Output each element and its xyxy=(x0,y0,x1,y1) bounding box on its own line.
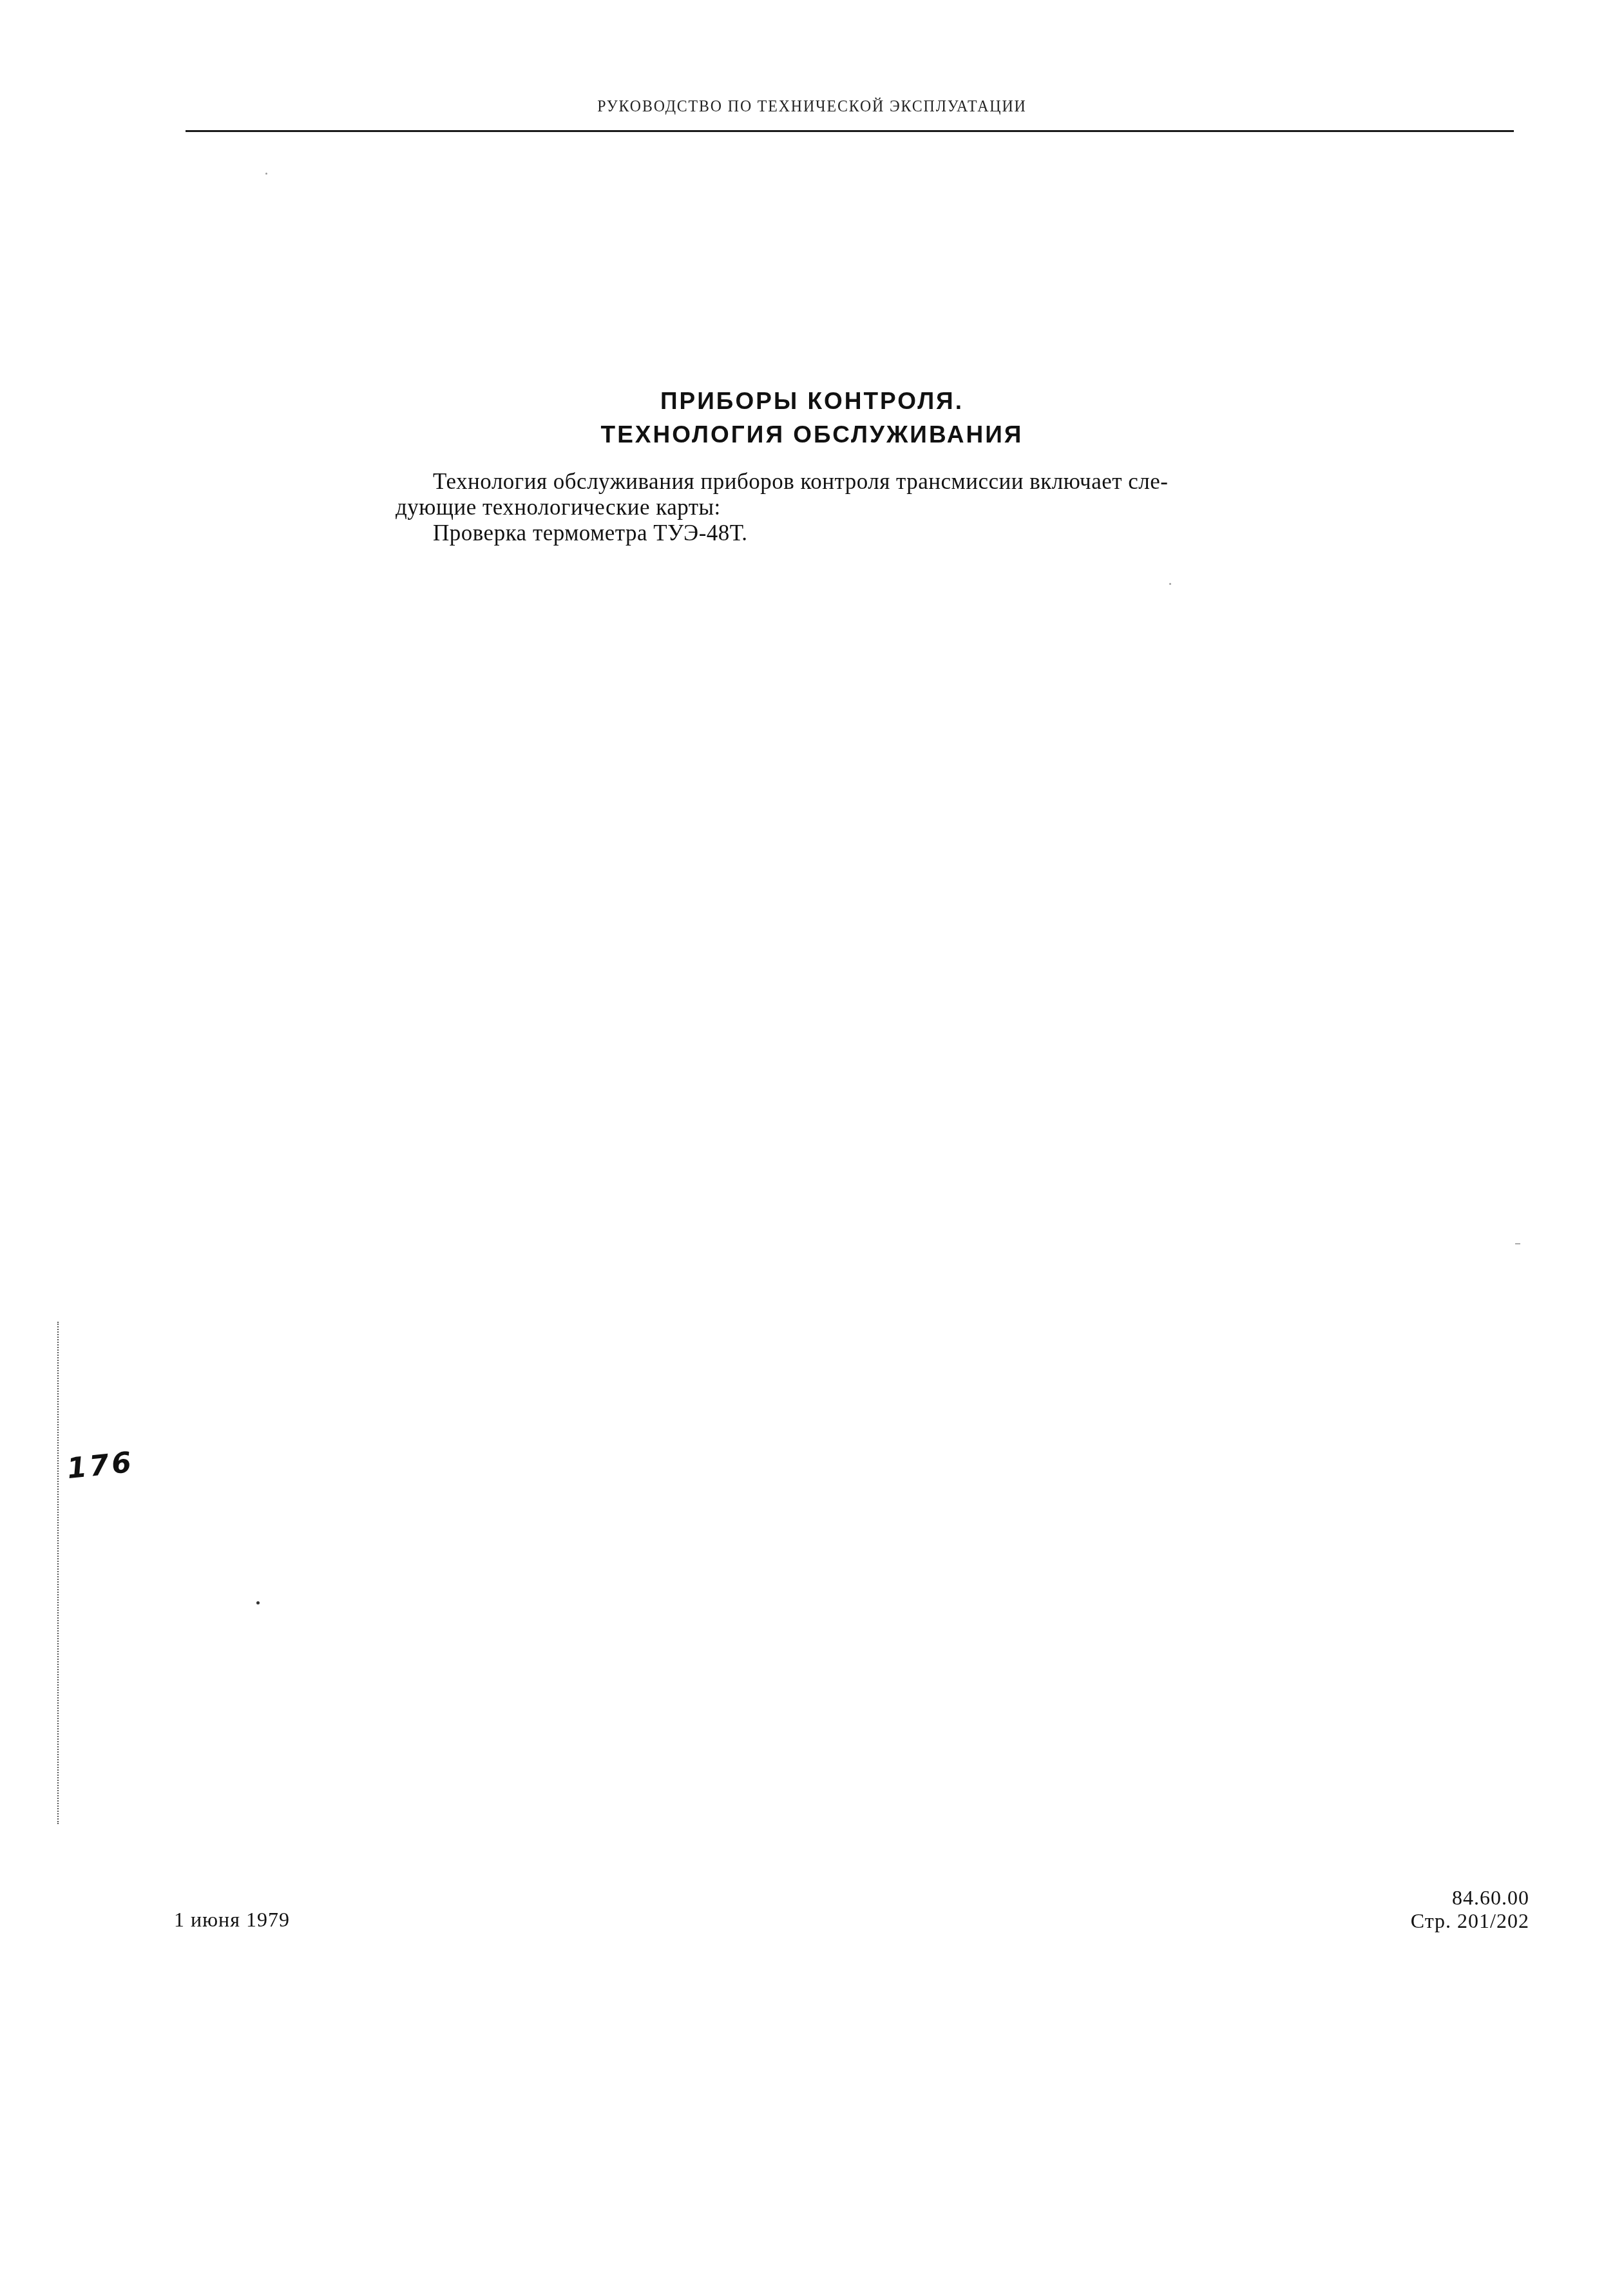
section-title: ПРИБОРЫ КОНТРОЛЯ. ТЕХНОЛОГИЯ ОБСЛУЖИВАНИ… xyxy=(0,385,1624,452)
handwritten-page-number: 176 xyxy=(66,1446,136,1486)
body-text: Технология обслуживания приборов контрол… xyxy=(396,469,1330,546)
footer-date: 1 июня 1979 xyxy=(174,1908,290,1932)
scan-speck xyxy=(1515,1243,1520,1244)
binding-margin-line xyxy=(57,1322,59,1824)
scan-speck xyxy=(1169,583,1171,585)
section-title-line-2: ТЕХНОЛОГИЯ ОБСЛУЖИВАНИЯ xyxy=(0,418,1624,452)
scan-speck xyxy=(265,173,267,175)
page-number: Стр. 201/202 xyxy=(1411,1909,1529,1932)
footer-page-info: 84.60.00 Стр. 201/202 xyxy=(1411,1886,1529,1932)
paragraph-intro-line-2: дующие технологические карты: xyxy=(396,495,721,520)
header-rule xyxy=(186,130,1514,132)
scan-speck xyxy=(256,1601,260,1604)
section-title-line-1: ПРИБОРЫ КОНТРОЛЯ. xyxy=(0,385,1624,418)
paragraph-intro: Технология обслуживания приборов контрол… xyxy=(396,469,1330,495)
paragraph-intro-line-1: Технология обслуживания приборов контрол… xyxy=(433,469,1168,494)
document-number: 84.60.00 xyxy=(1411,1886,1529,1909)
paragraph-intro-continuation: дующие технологические карты: xyxy=(396,495,1330,520)
tech-card-item: Проверка термометра ТУЭ-48Т. xyxy=(396,520,1330,546)
tech-card-item-label: Проверка термометра ТУЭ-48Т. xyxy=(433,520,747,546)
running-header: РУКОВОДСТВО ПО ТЕХНИЧЕСКОЙ ЭКСПЛУАТАЦИИ xyxy=(65,97,1559,116)
